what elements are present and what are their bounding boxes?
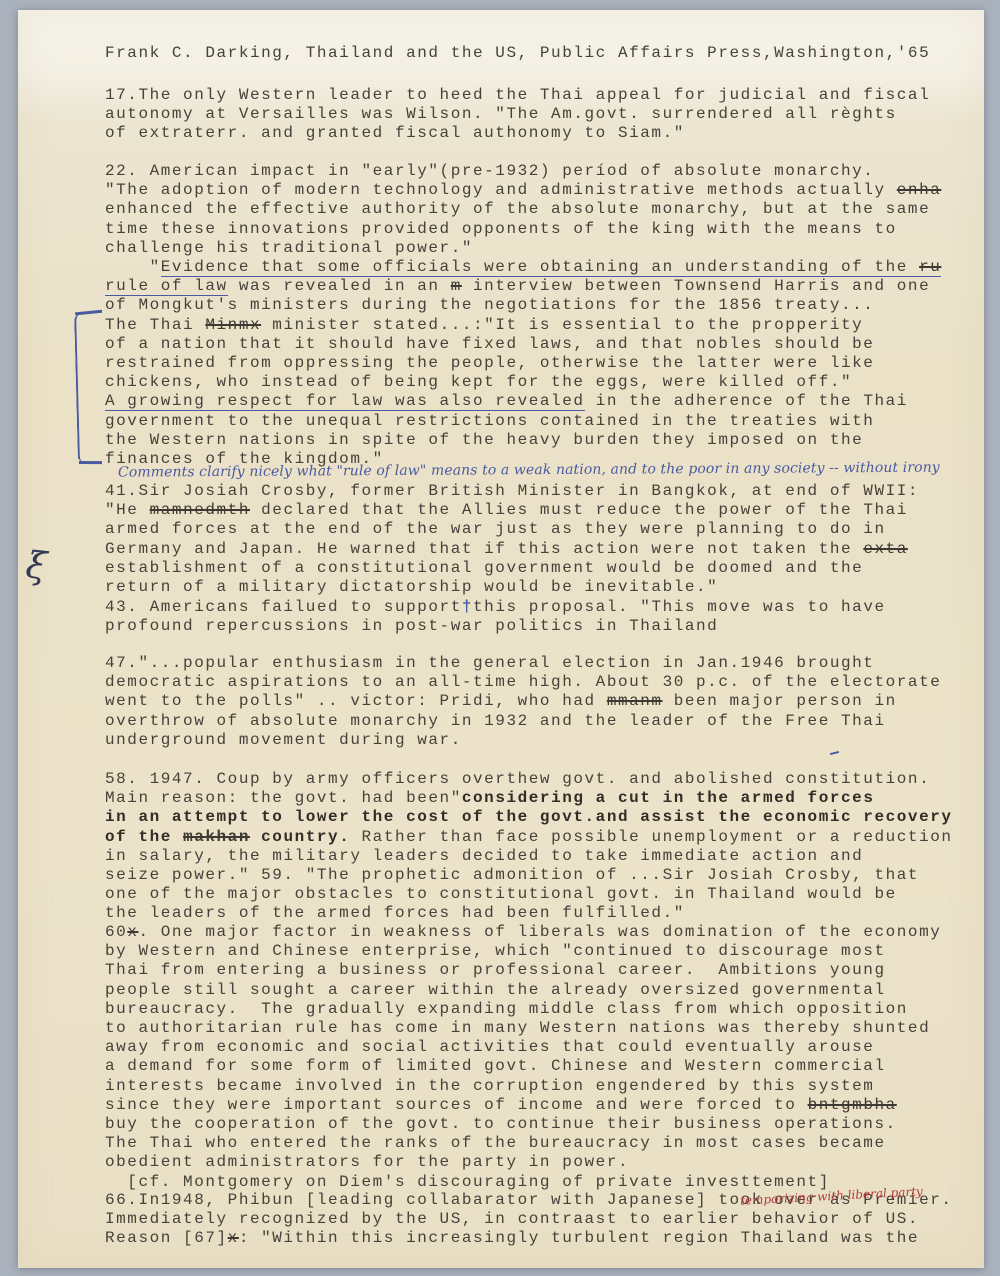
- text-line: of extraterr. and granted fiscal authono…: [105, 124, 930, 143]
- text-line: "The adoption of modern technology and a…: [105, 181, 941, 200]
- text-line: The Thai Minmx minister stated...:"It is…: [105, 316, 941, 335]
- text-line: away from economic and social activities…: [105, 1038, 941, 1057]
- text-line: Immediately recognized by the US, in con…: [105, 1210, 953, 1229]
- text-line: A growing respect for law was also revea…: [105, 392, 941, 411]
- text-line: 22. American impact in "early"(pre-1932)…: [105, 162, 941, 181]
- text-line: to authoritarian rule has come in many W…: [105, 1019, 941, 1038]
- text-line: obedient administrators for the party in…: [105, 1153, 941, 1172]
- text-line: people still sought a career within the …: [105, 981, 941, 1000]
- text-line: profound repercussions in post-war polit…: [105, 617, 886, 636]
- text-line: enhanced the effective authority of the …: [105, 200, 941, 219]
- text-line: 47."...popular enthusiasm in the general…: [105, 654, 941, 673]
- para-22: 22. American impact in "early"(pre-1932)…: [105, 162, 941, 469]
- para-58-59: 58. 1947. Coup by army officers overthew…: [105, 770, 953, 924]
- text-line: Reason [67]x: "Within this increasingly …: [105, 1229, 953, 1248]
- para-60: 60x. One major factor in weakness of lib…: [105, 923, 941, 1192]
- para-17: 17.The only Western leader to heed the T…: [105, 86, 930, 144]
- text-line: a demand for some form of limited govt. …: [105, 1057, 941, 1076]
- text-line: the leaders of the armed forces had been…: [105, 904, 953, 923]
- source-citation: Frank C. Darking, Thailand and the US, P…: [105, 44, 930, 63]
- text-line: government to the unequal restrictions c…: [105, 412, 941, 431]
- para-47: 47."...popular enthusiasm in the general…: [105, 654, 941, 750]
- text-line: since they were important sources of inc…: [105, 1096, 941, 1115]
- text-line: 43. Americans failued to support†this pr…: [105, 598, 886, 617]
- text-line: in salary, the military leaders decided …: [105, 847, 953, 866]
- scan-background: Frank C. Darking, Thailand and the US, P…: [0, 0, 1000, 1276]
- text-line: of a nation that it should have fixed la…: [105, 335, 941, 354]
- text-line: Thai from entering a business or profess…: [105, 961, 941, 980]
- document-page: Frank C. Darking, Thailand and the US, P…: [18, 10, 984, 1268]
- text-line: in an attempt to lower the cost of the g…: [105, 808, 953, 827]
- text-line: autonomy at Versailles was Wilson. "The …: [105, 105, 930, 124]
- handwritten-margin-bracket: [74, 313, 110, 462]
- para-43: 43. Americans failued to support†this pr…: [105, 598, 886, 636]
- text-line: challenge his traditional power.": [105, 239, 941, 258]
- handwritten-margin-squiggle: ξ: [24, 543, 49, 588]
- text-line: interests became involved in the corrupt…: [105, 1077, 941, 1096]
- text-line: Main reason: the govt. had been"consider…: [105, 789, 953, 808]
- text-line: of Mongkut's ministers during the negoti…: [105, 296, 941, 315]
- text-line: one of the major obstacles to constituti…: [105, 885, 953, 904]
- text-line: 58. 1947. Coup by army officers overthew…: [105, 770, 953, 789]
- text-line: 17.The only Western leader to heed the T…: [105, 86, 930, 105]
- text-line: went to the polls" .. victor: Pridi, who…: [105, 692, 941, 711]
- text-line: armed forces at the end of the war just …: [105, 520, 919, 539]
- text-line: seize power." 59. "The prophetic admonit…: [105, 866, 953, 885]
- text-line: by Western and Chinese enterprise, which…: [105, 942, 941, 961]
- text-line: time these innovations provided opponent…: [105, 220, 941, 239]
- text-line: democratic aspirations to an all-time hi…: [105, 673, 941, 692]
- text-line: "Evidence that some officials were obtai…: [105, 258, 941, 277]
- text-line: the Western nations in spite of the heav…: [105, 431, 941, 450]
- text-line: buy the cooperation of the govt. to cont…: [105, 1115, 941, 1134]
- para-41: 41.Sir Josiah Crosby, former British Min…: [105, 482, 919, 597]
- text-line: establishment of a constitutional govern…: [105, 559, 919, 578]
- text-line: 60x. One major factor in weakness of lib…: [105, 923, 941, 942]
- text-line: Germany and Japan. He warned that if thi…: [105, 540, 919, 559]
- text-line: return of a military dictatorship would …: [105, 578, 919, 597]
- text-line: "He mamnedmth declared that the Allies m…: [105, 501, 919, 520]
- text-line: The Thai who entered the ranks of the bu…: [105, 1134, 941, 1153]
- text-line: rule of law was revealed in an m intervi…: [105, 277, 941, 296]
- text-line: chickens, who instead of being kept for …: [105, 373, 941, 392]
- text-line: bureaucracy. The gradually expanding mid…: [105, 1000, 941, 1019]
- text-line: underground movement during war.: [105, 731, 941, 750]
- text-line: overthrow of absolute monarchy in 1932 a…: [105, 712, 941, 731]
- text-line: of the makhan country. Rather than face …: [105, 828, 953, 847]
- pen-dash-mark: [830, 751, 839, 755]
- text-line: 41.Sir Josiah Crosby, former British Min…: [105, 482, 919, 501]
- text-line: restrained from oppressing the people, o…: [105, 354, 941, 373]
